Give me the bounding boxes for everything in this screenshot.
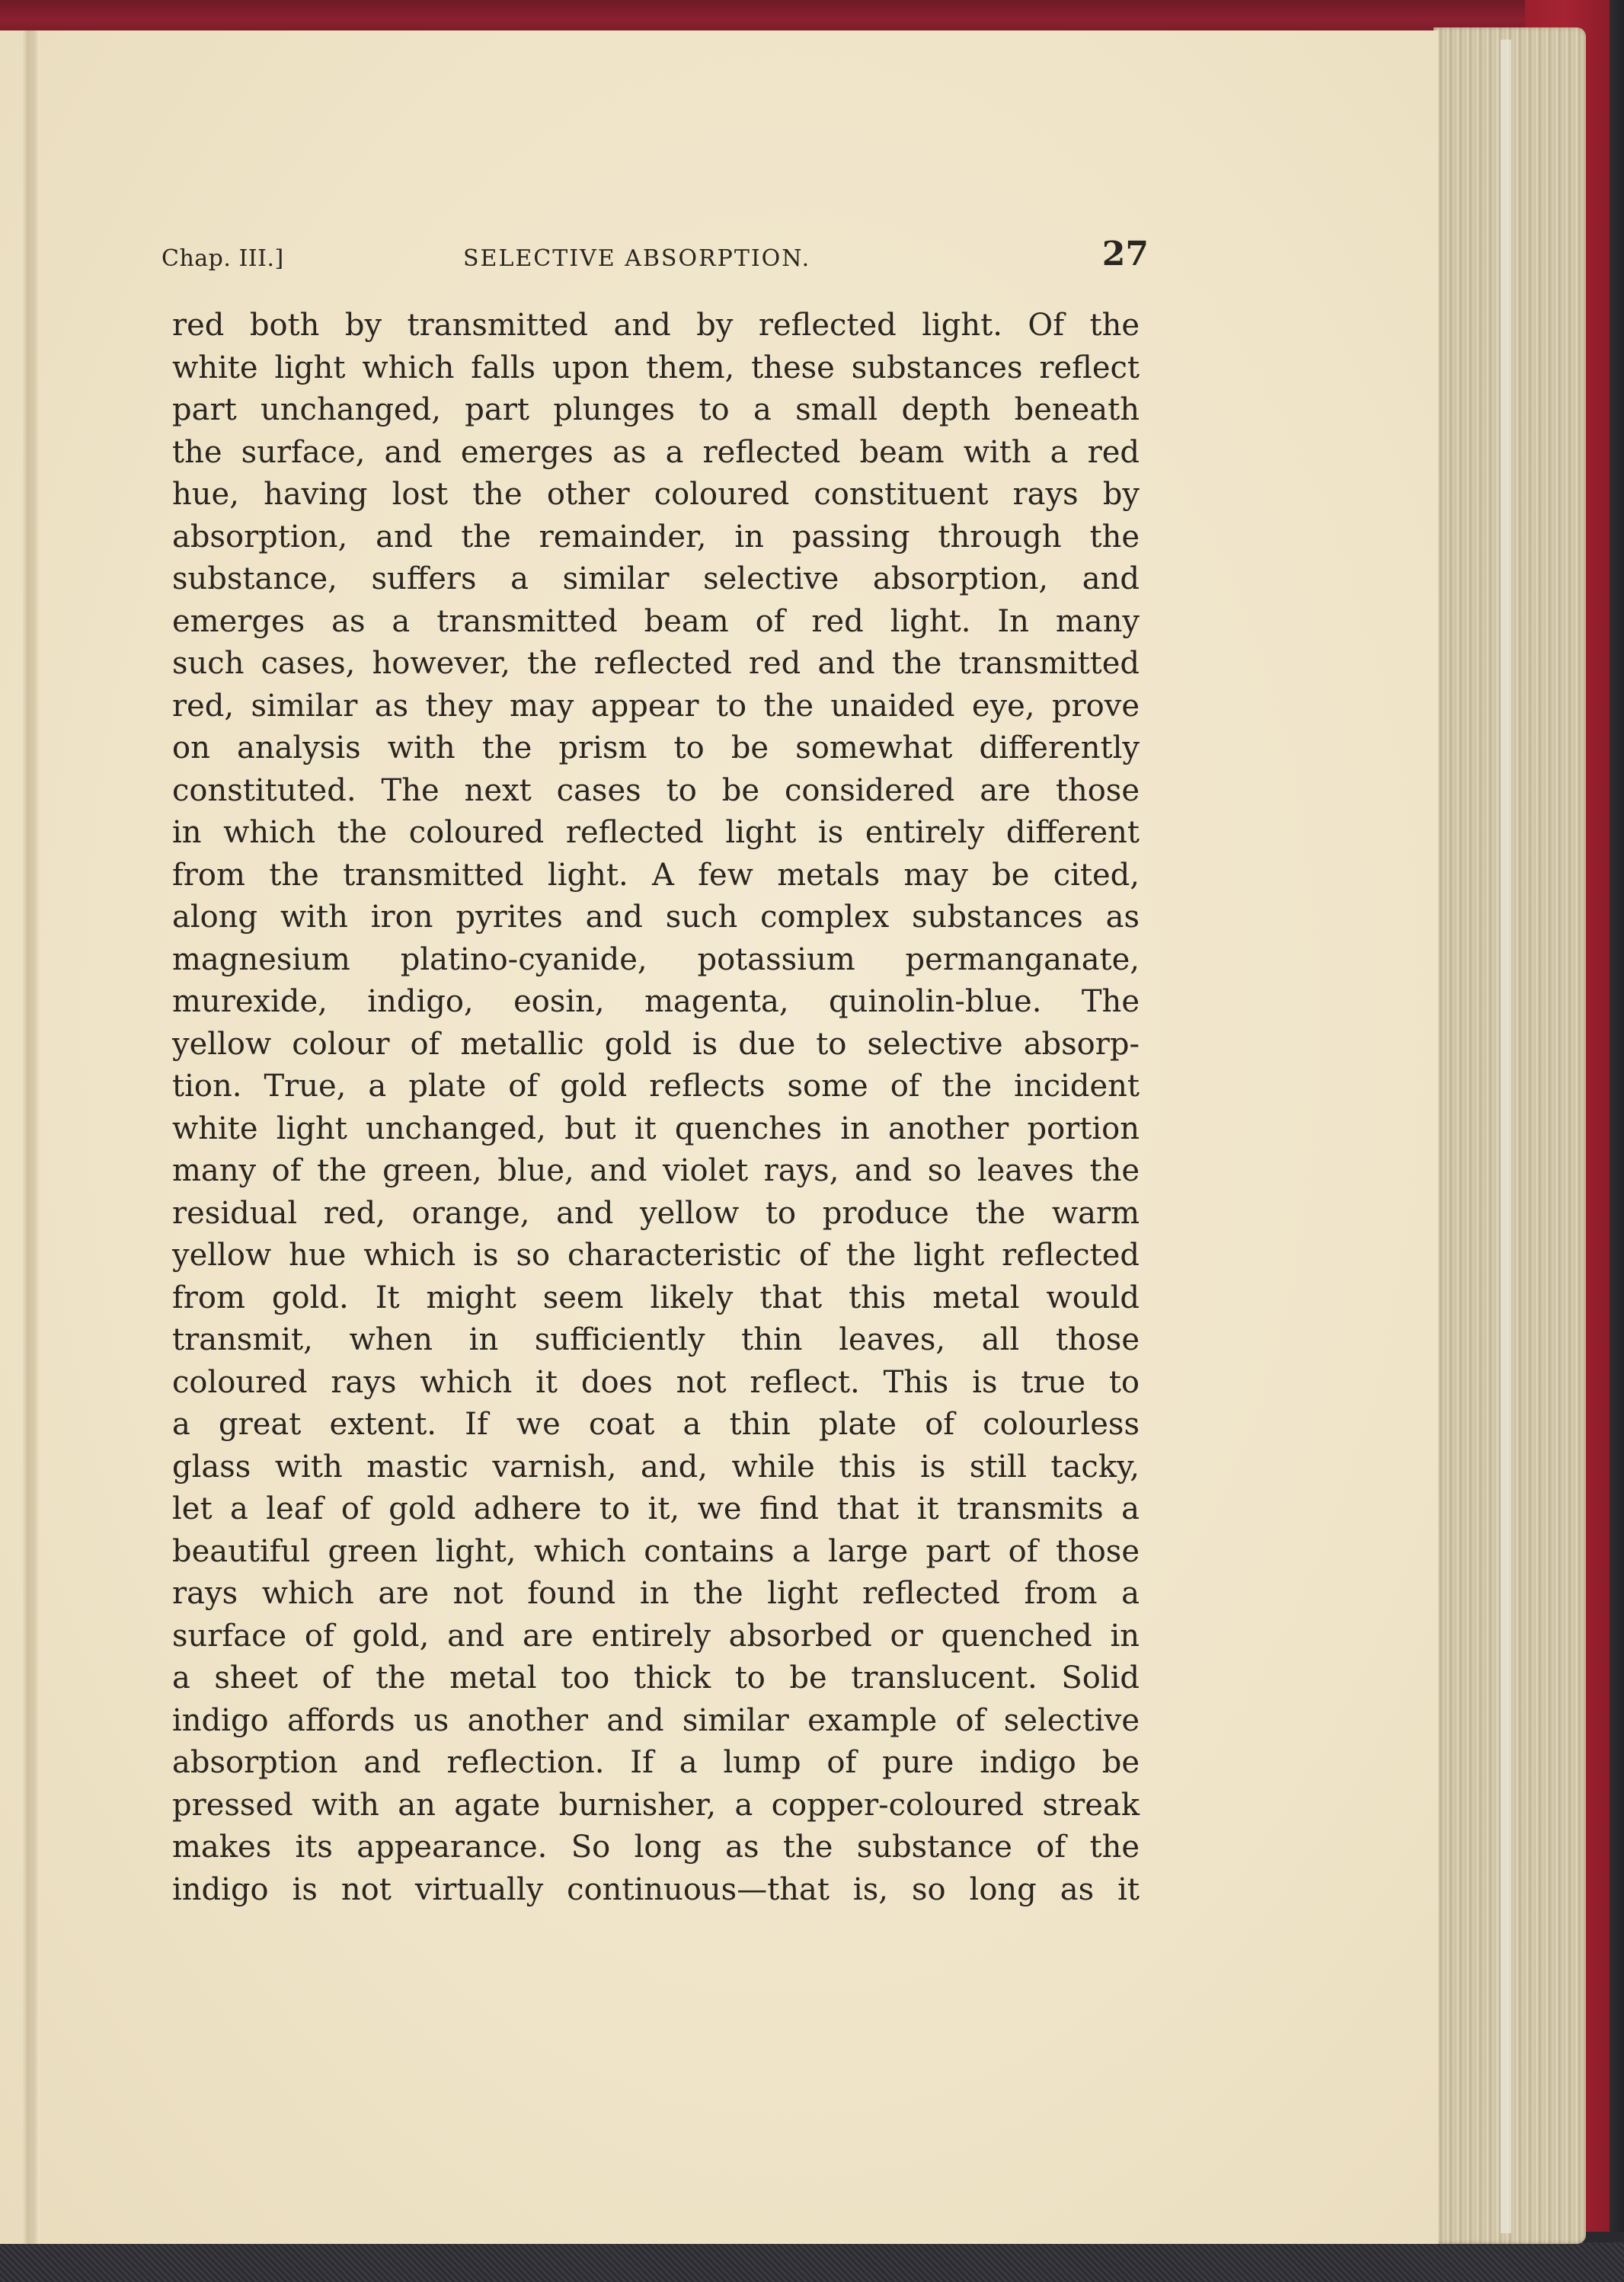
text-line: surface of gold, and are entirely absorb… (172, 1616, 1140, 1658)
running-head: Chap. III.] SELECTIVE ABSORPTION. 27 (161, 233, 1149, 279)
text-line: pressed with an agate burnisher, a coppe… (172, 1785, 1140, 1827)
text-line: the surface, and emerges as a reflected … (172, 432, 1140, 475)
text-line: along with iron pyrites and such complex… (172, 896, 1140, 939)
cloth-background (0, 2242, 1624, 2282)
body-text: red both by transmitted and by reflected… (172, 305, 1140, 1911)
text-line: murexide, indigo, eosin, magenta, quinol… (172, 981, 1140, 1024)
text-line: emerges as a transmitted beam of red lig… (172, 601, 1140, 644)
chapter-label: Chap. III.] (161, 245, 284, 272)
text-line: makes its appearance. So long as the sub… (172, 1827, 1140, 1869)
text-line: red, similar as they may appear to the u… (172, 686, 1140, 728)
gutter-shadow (23, 30, 40, 2244)
page-number: 27 (1102, 235, 1149, 273)
text-line: on analysis with the prism to be somewha… (172, 727, 1140, 770)
book-binding-top (0, 0, 1624, 34)
text-line: white light unchanged, but it quenches i… (172, 1108, 1140, 1151)
text-line: in which the coloured reflected light is… (172, 812, 1140, 855)
text-line: indigo affords us another and similar ex… (172, 1700, 1140, 1743)
text-line: part unchanged, part plunges to a small … (172, 389, 1140, 432)
text-line: red both by transmitted and by reflected… (172, 305, 1140, 347)
text-line: glass with mastic varnish, and, while th… (172, 1446, 1140, 1489)
text-line: absorption, and the remainder, in passin… (172, 516, 1140, 559)
text-line: rays which are not found in the light re… (172, 1573, 1140, 1616)
text-line: yellow hue which is so characteristic of… (172, 1235, 1140, 1277)
text-line: a great extent. If we coat a thin plate … (172, 1404, 1140, 1446)
text-line: such cases, however, the reflected red a… (172, 643, 1140, 686)
text-line: white light which falls upon them, these… (172, 347, 1140, 390)
text-line: residual red, orange, and yellow to prod… (172, 1193, 1140, 1235)
text-line: coloured rays which it does not reflect.… (172, 1362, 1140, 1405)
text-line: many of the green, blue, and violet rays… (172, 1150, 1140, 1193)
text-line: absorption and reflection. If a lump of … (172, 1742, 1140, 1785)
text-line: beautiful green light, which contains a … (172, 1531, 1140, 1574)
text-line: a sheet of the metal too thick to be tra… (172, 1657, 1140, 1700)
section-title: SELECTIVE ABSORPTION. (463, 245, 810, 272)
text-line: from the transmitted light. A few metals… (172, 855, 1140, 897)
page-block-edges (1434, 27, 1586, 2244)
text-line: indigo is not virtually continuous—that … (172, 1869, 1140, 1912)
text-line: magnesium platino-cyanide, potassium per… (172, 939, 1140, 982)
text-line: yellow colour of metallic gold is due to… (172, 1024, 1140, 1066)
text-line: hue, having lost the other coloured cons… (172, 474, 1140, 516)
text-line: let a leaf of gold adhere to it, we find… (172, 1488, 1140, 1531)
text-line: constituted. The next cases to be consid… (172, 770, 1140, 813)
text-line: substance, suffers a similar selective a… (172, 558, 1140, 601)
text-line: from gold. It might seem likely that thi… (172, 1277, 1140, 1320)
text-line: tion. True, a plate of gold reflects som… (172, 1066, 1140, 1108)
text-line: transmit, when in sufficiently thin leav… (172, 1319, 1140, 1362)
